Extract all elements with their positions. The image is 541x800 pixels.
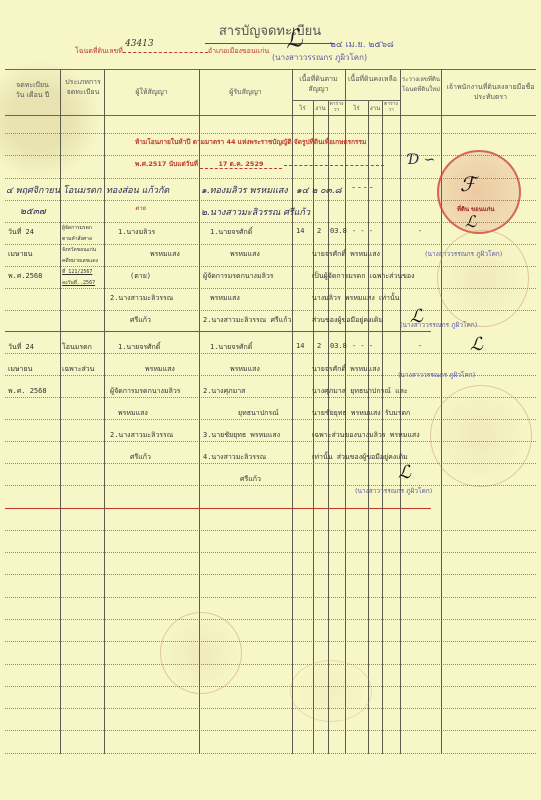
entry2-date-line3: พ.ศ.2568 [8, 271, 42, 282]
signature-icon: ℒ [465, 212, 477, 231]
header-wa: ตารางวา [328, 101, 345, 113]
entry3-grantee-2: พรหมแสง [230, 364, 260, 375]
deed-number-line: โฉนดที่ดินเลขที่อำเภอเมืองขอนแก่น 43413 [75, 46, 269, 57]
row-line [5, 708, 536, 709]
entry2-grantor-5: ศรีแก้ว [130, 315, 151, 326]
entry2-type-4: คดีหมายเลขแดง [62, 257, 98, 265]
entry2-remaining: - - - [352, 227, 373, 235]
entry3-grantee-3: 2.นางศุภมาส [203, 386, 245, 397]
entry3-grantor-1: 1.นายจรศักดิ์ [118, 342, 160, 353]
entry3-remark-5: เท่านั้น ส่วนของผู้ขอมีอยู่คงเดิม [312, 452, 408, 463]
entry2-remark-4: ส่วนของผู้ขอมีอยู่คงเดิม [312, 315, 383, 326]
row-line [5, 485, 536, 486]
row-line [5, 574, 536, 575]
header-ngan: งาน [313, 104, 328, 114]
entry2-new-deed: - [418, 227, 422, 235]
col-divider [60, 69, 61, 754]
col-divider [328, 100, 329, 754]
district-label: อำเภอเมืองขอนแก่น [208, 47, 269, 55]
entry2-remark-2: เป็นผู้จัดการมรดก เฉพาะส่วนของ [312, 271, 415, 282]
col-divider [382, 100, 383, 754]
entry2-wa: 03.8 [330, 227, 347, 235]
entry2-ngan: 2 [317, 227, 321, 235]
row-line [5, 552, 536, 553]
row-line [5, 686, 536, 687]
entry3-wa: 03.8 [330, 342, 347, 350]
entry3-grantor-4: พรหมแสง [118, 408, 148, 419]
header-rai: ไร่ [292, 104, 313, 114]
entry2-grantor-4: 2.นางสาวมะลิวรรณ [110, 293, 173, 304]
entry2-grantor-1: 1.นางมลิวร [118, 227, 155, 238]
entry3-type-2: เฉพาะส่วน [62, 364, 94, 375]
entry1-dashes: - - - - [352, 183, 373, 193]
signature-icon: ℒ [470, 334, 483, 355]
restriction-date: 17 ต.ค. 2529 [200, 160, 281, 169]
entry2-remark-1: นายจรศักดิ์ พรหมแสง [312, 249, 380, 260]
header-area-remaining: เนื้อที่ดินคงเหลือ [345, 74, 400, 84]
entry3-grantor-2: พรหมแสง [145, 364, 175, 375]
entry1-grantor: ทองส่อน แก้วกัด [106, 183, 169, 197]
official-seal-icon: ที่ดิน ขอนแก่น [437, 150, 521, 234]
table-top-border [5, 69, 536, 70]
entry1-grantor-note: ตาย [135, 203, 146, 213]
entry3-grantor-3: ผู้จัดการมรดกนางมลิวร [110, 386, 181, 397]
entry2-date-line2: เมษายน [8, 249, 32, 260]
row-line [5, 664, 536, 665]
row-line [5, 730, 536, 731]
official-seal-icon [437, 230, 529, 327]
header-grantee: ผู้รับสัญญา [199, 87, 292, 97]
entry3-new-deed: - [418, 342, 422, 350]
header-rai-remaining: ไร่ [345, 104, 368, 114]
entry3-grantee-4: ยุทธนาปกรณ์ [238, 408, 279, 419]
land-registry-page: สารบัญจดทะเบียน โฉนดที่ดินเลขที่อำเภอเมื… [0, 0, 541, 800]
entry3-remark-2: นางศุภมาส ยุทธนาปกรณ์ และ [312, 386, 408, 397]
entry3-grantee-7: ศรีแก้ว [240, 474, 261, 485]
signature-icon: ℱ [460, 172, 476, 196]
header-date-label: จดทะเบียน [5, 80, 60, 90]
deed-label: โฉนดที่ดินเลขที่ [75, 47, 123, 55]
entry1-type: โอนมรดก [63, 183, 101, 197]
page-title: สารบัญจดทะเบียน [205, 20, 335, 44]
header-new-deed: ระวางเลขที่ดินโฉนดที่ดินใหม่ [401, 75, 441, 95]
col-divider [292, 69, 293, 754]
top-date: ๒๔ เม.ย. ๒๕๖๘ [330, 37, 394, 51]
top-officer: (นางสาววรรณกร ภูผิวโคก) [272, 51, 367, 64]
entry2-remark-3: นางมลิวร พรหมแสง เท่านั้น [312, 293, 399, 304]
entry1-grantee-2: ๒.นางสาวมะลิวรรณ ศรีแก้ว [201, 205, 310, 219]
entry2-grantee-2: พรหมแสง [230, 249, 260, 260]
col-divider [368, 100, 369, 754]
signature-icon: Ɗ ∽ [408, 152, 435, 168]
header-date-sub: วัน เดือน ปี [5, 90, 60, 100]
entry3-date-line3: พ.ศ. 2568 [8, 386, 47, 397]
header-officer: เจ้าพนักงานที่ดินลงลายมือชื่อ ประทับตรา [443, 82, 538, 102]
row-line [5, 641, 536, 642]
entry3-date-line2: เมษายน [8, 364, 32, 375]
header-type: ประเภทการจดทะเบียน [62, 77, 104, 97]
restriction-line-2: พ.ศ.2517 นับแต่วันที่ 17 ต.ค. 2529 [135, 159, 384, 169]
row-line [5, 597, 536, 598]
header-ngan-remaining: งาน [368, 104, 382, 114]
entry2-grantee-3: ผู้จัดการมรดกนางมลิวร [203, 271, 274, 282]
restriction-prefix: พ.ศ.2517 นับแต่วันที่ [135, 160, 198, 168]
entry3-date-line1: วันที่ 24 [8, 342, 34, 353]
official-seal-icon [430, 385, 532, 487]
entry2-type-5: ที่ 121/2567 [62, 268, 92, 276]
row-line [5, 753, 536, 754]
header-area-contract: เนื้อที่ดินตามสัญญา [292, 74, 345, 94]
entry3-grantor-5: 2.นางสาวมะลิวรรณ [110, 430, 173, 441]
entry3-officer-name-a: (นางสาววรรณกร ภูผิวโคก) [398, 370, 475, 380]
entry2-type-6: ลงวันที่..2567 [62, 279, 95, 287]
header-date: จดทะเบียน วัน เดือน ปี [5, 80, 60, 100]
deed-number: 43413 [125, 39, 154, 49]
entry3-grantee-1: 1.นายจรศักดิ์ [210, 342, 252, 353]
entry1-date-line2: ๒๕๓๗ [20, 204, 46, 218]
signature-icon: ℒ [410, 306, 423, 327]
entry1-grantee-1: ๑.ทองมลิวร พรหมแสง [201, 183, 288, 197]
row-line [5, 530, 536, 531]
entry3-grantee-6: 4.นางสาวมะลิวรรณ [203, 452, 266, 463]
entry3-ngan: 2 [317, 342, 321, 350]
entry3-rai: 14 [296, 342, 304, 350]
col-divider [104, 69, 105, 754]
entry1-area: ๑๔ ๒ ๐๓.๘ [296, 183, 342, 197]
row-line [5, 353, 536, 354]
entry3-grantee-5: 3.นายชัยยุทธ พรหมแสง [203, 430, 280, 441]
entry3-type-1: โอนมรดก [62, 342, 92, 353]
entry3-officer-name-b: (นางสาววรรณกร ภูผิวโคก) [355, 486, 432, 496]
entry3-remaining: - - - [352, 342, 373, 350]
entry2-grantee-1: 1.นายจรศักดิ์ [210, 227, 252, 238]
official-seal-icon [160, 612, 242, 694]
entry3-remark-4: เฉพาะส่วนของนางมลิวร พรหมแสง [312, 430, 420, 441]
entry3-remark-3: นายชัยยุทธ พรหมแสง รับมรดก [312, 408, 410, 419]
signature-icon: ℒ [398, 462, 411, 483]
entry2-type-1: ผู้จัดการมรดก [62, 224, 92, 232]
entry2-date-line1: วันที่ 24 [8, 227, 34, 238]
entry2-grantor-2: พรหมแสง [150, 249, 180, 260]
entry2-type-3: จังหวัดขอนแก่น [62, 246, 96, 254]
official-seal-icon [290, 660, 372, 722]
row-line [5, 133, 536, 134]
entry2-rai: 14 [296, 227, 304, 235]
col-divider [313, 100, 314, 754]
entry2-grantee-4: พรหมแสง [210, 293, 240, 304]
entry2-grantor-3: (ตาย) [130, 271, 151, 282]
header-grantor: ผู้ให้สัญญา [104, 87, 199, 97]
header-bottom-border [5, 115, 536, 116]
entry3-remark-1: นายจรศักดิ์ พรหมแสง [312, 364, 380, 375]
entry1-date-line1: ๔ พฤศจิกายน [6, 183, 60, 197]
entry2-grantee-5: 2.นางสาวมะลิวรรณ ศรีแก้ว [203, 315, 291, 326]
entry3-grantor-6: ศรีแก้ว [130, 452, 151, 463]
row-line [5, 619, 536, 620]
restriction-line-1: ห้ามโอนภายในห้าปี ตามมาตรา 44 แห่งพระราช… [135, 137, 366, 147]
header-wa-remaining: ตารางวา [382, 101, 400, 113]
entry2-type-2: ตามคำสั่งศาล [62, 235, 92, 243]
